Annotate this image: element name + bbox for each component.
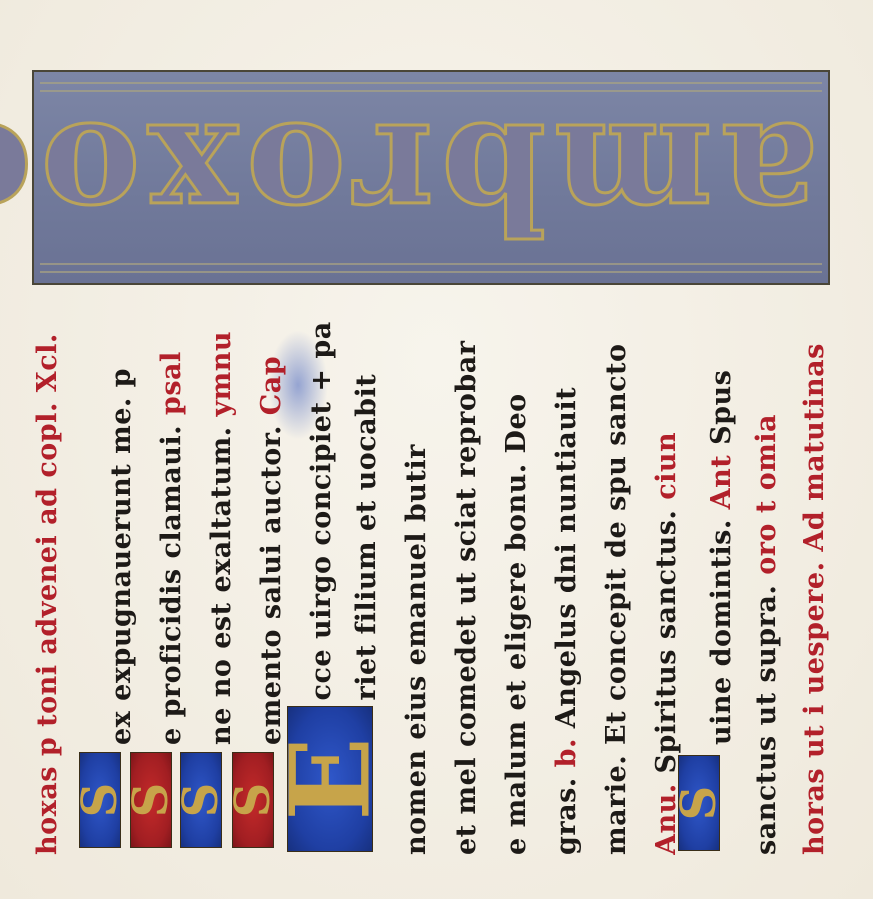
line-text: uine domintis. bbox=[706, 509, 737, 745]
line-text: et mel comedet ut sciat reprobar bbox=[451, 341, 482, 855]
line-text: ex expugnauerunt me. p bbox=[106, 368, 137, 745]
initial-letter: S bbox=[678, 786, 720, 821]
decorative-banner: ambroxoom bbox=[32, 70, 830, 285]
line-text: Spiritus sanctus. bbox=[651, 500, 682, 774]
initial-letter: S bbox=[130, 783, 172, 818]
line-text: nomen eius emanuel butir bbox=[401, 444, 432, 855]
rubric-text: b. bbox=[551, 728, 582, 767]
text-line-6: cce uirgo concipiet + pa bbox=[300, 295, 344, 700]
initial-s-crimson-1: S bbox=[130, 752, 172, 848]
line-text: e malum et eligere bonu. Deo bbox=[501, 393, 532, 855]
line-text: marie. Et concepit de spu sancto bbox=[601, 344, 632, 856]
line-text: ne no est exaltatum. bbox=[206, 417, 237, 745]
text-line-15: sanctus ut supra. oro t omia bbox=[745, 295, 789, 855]
text-line-12: marie. Et concepit de spu sancto bbox=[595, 295, 639, 855]
rubric-text: hoxas p toni advenei ad copl. Xcl. bbox=[32, 333, 63, 855]
initial-s-blue-1: S bbox=[79, 752, 121, 848]
banner-lettering: ambroxoom bbox=[74, 110, 818, 245]
line-text: riet filium et uocabit bbox=[351, 373, 382, 700]
line-text: gras. bbox=[551, 767, 582, 855]
line-text: e proficidis clamaui. bbox=[156, 415, 187, 745]
initial-s-blue-3: S bbox=[678, 755, 720, 851]
initial-s-blue-2: S bbox=[180, 752, 222, 848]
text-line-7: riet filium et uocabit bbox=[345, 295, 389, 700]
line-text: sanctus ut supra. bbox=[751, 575, 782, 855]
text-line-4: ne no est exaltatum. ymnu bbox=[200, 295, 244, 745]
text-line-8: nomen eius emanuel butir bbox=[395, 295, 439, 855]
rubric-text: oro t omia bbox=[751, 414, 782, 575]
rubric-text: Cap bbox=[256, 356, 287, 415]
rubric-text: psal bbox=[156, 351, 187, 415]
text-line-14: uine domintis. Ant Spus bbox=[700, 295, 744, 745]
banner-rule-bottom bbox=[40, 271, 822, 273]
initial-letter: E bbox=[287, 737, 373, 821]
banner-rule-top bbox=[40, 82, 822, 84]
text-line-5: emento salui auctor. Cap bbox=[250, 295, 294, 745]
initial-s-crimson-2: S bbox=[232, 752, 274, 848]
manuscript-page: ambroxoom hoxas p toni advenei ad copl. … bbox=[0, 0, 873, 899]
text-line-11: gras. b. Angelus dni nuntiauit bbox=[545, 295, 589, 855]
text-line-10: e malum et eligere bonu. Deo bbox=[495, 295, 539, 855]
text-line-2: ex expugnauerunt me. p bbox=[100, 295, 144, 745]
text-line-16: horas ut i uespere. Ad matutinas bbox=[793, 295, 837, 855]
initial-letter: S bbox=[232, 783, 274, 818]
line-text: Angelus dni nuntiauit bbox=[551, 387, 582, 728]
initial-letter: S bbox=[180, 783, 222, 818]
line-text: cce uirgo concipiet + pa bbox=[306, 321, 337, 700]
text-line-9: et mel comedet ut sciat reprobar bbox=[445, 295, 489, 855]
rubric-text: ymnu bbox=[206, 331, 237, 417]
line-text: emento salui auctor. bbox=[256, 415, 287, 745]
text-line-1: hoxas p toni advenei ad copl. Xcl. bbox=[26, 295, 70, 855]
initial-letter: S bbox=[79, 783, 121, 818]
rubric-text: ciun bbox=[651, 432, 682, 500]
line-text: Spus bbox=[706, 370, 737, 445]
large-initial-e: E bbox=[287, 706, 373, 852]
rubric-text: Ant bbox=[706, 445, 737, 509]
text-line-3: e proficidis clamaui. psal bbox=[150, 295, 194, 745]
rubric-text: horas ut i uespere. Ad matutinas bbox=[799, 343, 830, 855]
